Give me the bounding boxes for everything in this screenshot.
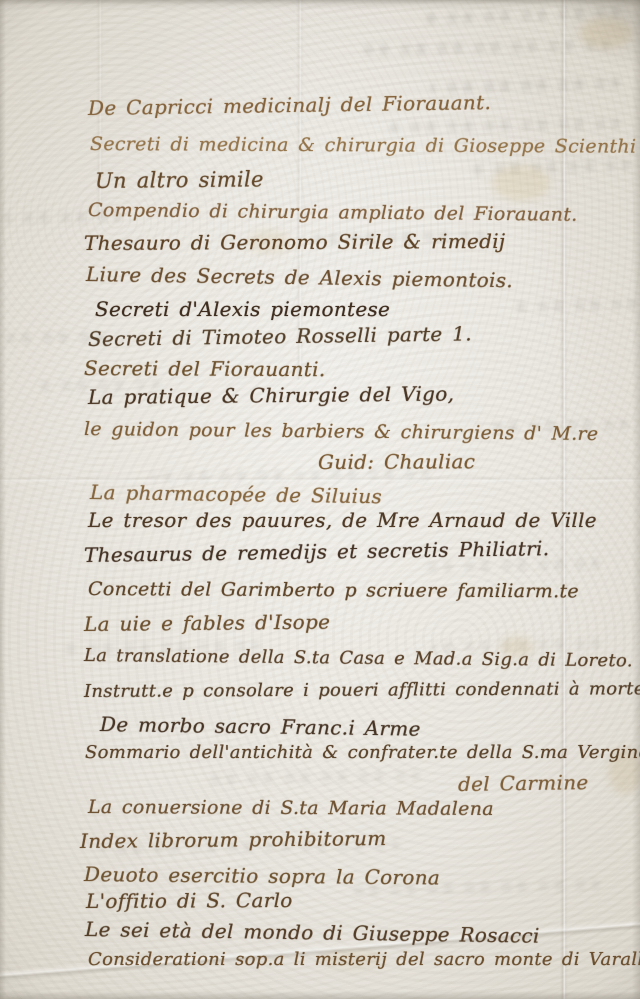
manuscript-line: Concetti del Garimberto p scriuere famil… bbox=[88, 578, 579, 602]
manuscript-line: Secreti di Timoteo Rosselli parte 1. bbox=[88, 321, 472, 351]
manuscript-line: Le sei età del mondo di Giuseppe Rosacci bbox=[85, 917, 540, 948]
manuscript-line: Compendio di chirurgia ampliato del Fior… bbox=[88, 199, 578, 226]
manuscript-line: Considerationi sop.a li misterij del sac… bbox=[88, 949, 640, 970]
manuscript-line: Un altro simile bbox=[95, 167, 264, 193]
manuscript-line: Secreti d'Alexis piemontese bbox=[95, 297, 390, 321]
manuscript-line: La pharmacopée de Siluius bbox=[90, 480, 382, 508]
manuscript-line: La pratique & Chirurgie del Vigo, bbox=[88, 381, 454, 409]
manuscript-line: Guid: Chauliac bbox=[318, 449, 475, 474]
manuscript-line: La uie e fables d'Isope bbox=[84, 610, 330, 636]
manuscript-line: Secreti del Fiorauanti. bbox=[84, 356, 326, 381]
manuscript-line: La conuersione di S.ta Maria Madalena bbox=[88, 796, 494, 820]
handwritten-text-layer: De Capricci medicinalj del Fiorauant.Sec… bbox=[0, 0, 640, 999]
manuscript-line: Deuoto esercitio sopra la Corona bbox=[84, 862, 440, 889]
manuscript-line: De Capricci medicinalj del Fiorauant. bbox=[88, 90, 491, 120]
manuscript-line: Sommario dell'antichità & confrater.te d… bbox=[85, 742, 640, 763]
manuscript-line: Thesaurus de remedijs et secretis Philia… bbox=[84, 536, 550, 567]
manuscript-line: De morbo sacro Franc.i Arme bbox=[100, 712, 421, 741]
manuscript-line: La translatione della S.ta Casa e Mad.a … bbox=[84, 645, 633, 671]
manuscript-line: Secreti di medicina & chirurgia di Giose… bbox=[90, 133, 636, 158]
manuscript-line: L'offitio di S. Carlo bbox=[86, 888, 293, 913]
manuscript-line: del Carmine bbox=[458, 770, 589, 796]
manuscript-line: Le tresor des pauures, de Mre Arnaud de … bbox=[88, 508, 597, 532]
manuscript-line: Index librorum prohibitorum bbox=[80, 826, 387, 853]
manuscript-line: Instrutt.e p consolare i poueri afflitti… bbox=[84, 678, 640, 702]
manuscript-line: Liure des Secrets de Alexis piemontois. bbox=[86, 262, 513, 292]
manuscript-page: De Capricci medicinalj del Fiorauant.Sec… bbox=[0, 0, 640, 999]
manuscript-line: Thesauro di Geronomo Sirile & rimedij bbox=[84, 229, 506, 255]
manuscript-line: le guidon pour les barbiers & chirurgien… bbox=[84, 418, 599, 445]
